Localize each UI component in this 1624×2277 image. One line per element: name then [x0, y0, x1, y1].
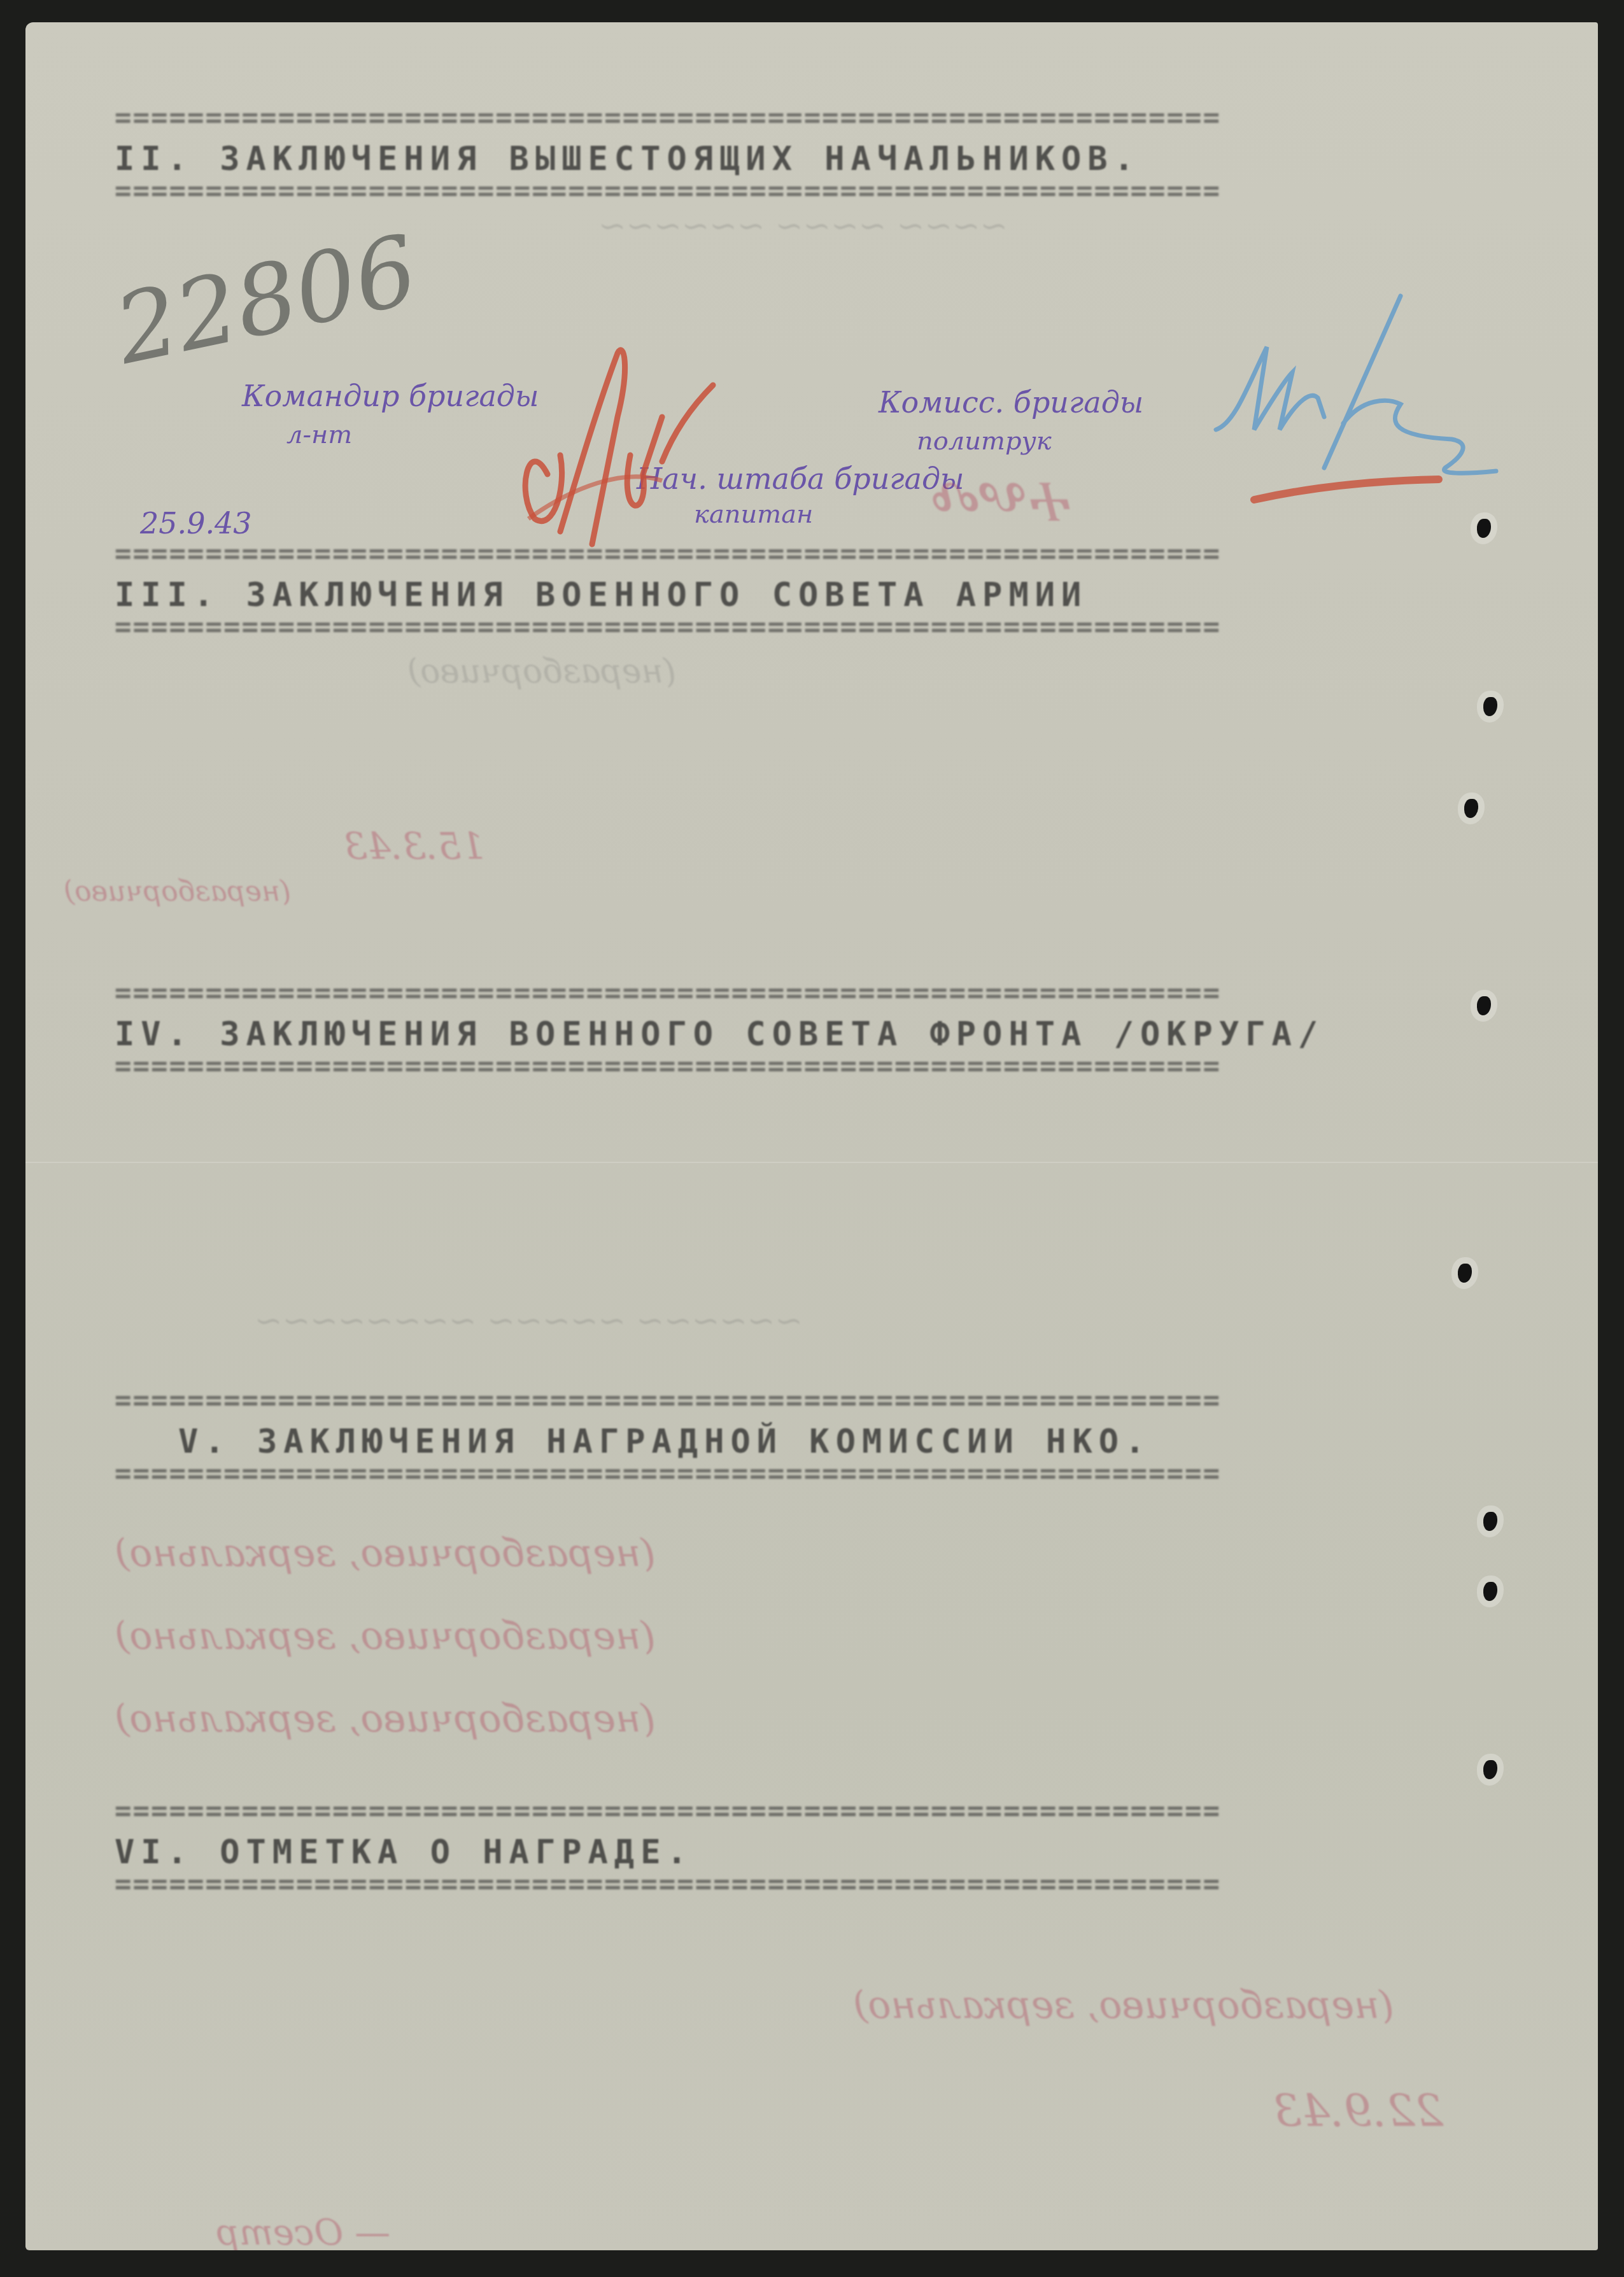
red-underline-icon [1248, 474, 1451, 506]
date-annotation: 25.9.43 [140, 506, 252, 540]
bleed-through-text: ~~~~~~ ~~~~~ ~~~~~~~~ [255, 1302, 803, 1340]
section-v-title: V. ЗАКЛЮЧЕНИЯ НАГРАДНОЙ КОМИССИИ НКО. [178, 1423, 1151, 1461]
section-vi-title: VI. ОТМЕТКА О НАГРАДЕ. [115, 1833, 693, 1872]
pencil-archive-number: 22806 [106, 215, 427, 386]
section-rule: ========================================… [115, 1801, 1515, 1821]
punch-hole [1483, 1512, 1497, 1531]
bleed-through-line: (неразборчиво, зеркально) [115, 1614, 656, 1658]
section-rule: ========================================… [115, 108, 1515, 127]
punch-hole [1477, 519, 1491, 538]
bleed-through-text: (неразборчиво) [407, 652, 676, 691]
section-rule: ========================================… [115, 1391, 1515, 1410]
section-rule: ========================================… [115, 544, 1515, 563]
punch-hole [1477, 996, 1491, 1015]
section-rule: ========================================… [115, 181, 1515, 201]
commissar-title: Комисс. бригады [879, 385, 1143, 419]
punch-hole [1483, 1582, 1497, 1601]
section-iv-title: IV. ЗАКЛЮЧЕНИЯ ВОЕННОГО СОВЕТА ФРОНТА /О… [115, 1015, 1324, 1054]
section-rule: ========================================… [115, 617, 1515, 637]
commander-rank: л-нт [286, 420, 352, 449]
punch-hole [1458, 1264, 1472, 1283]
bleed-through-signature: — Осетр [216, 2212, 390, 2250]
section-rule: ========================================… [115, 983, 1515, 1003]
bleed-through-margin-note: (неразборчиво) [64, 875, 291, 908]
punch-hole [1464, 799, 1478, 818]
section-rule: ========================================… [115, 1057, 1515, 1076]
bleed-through-text: (неразборчиво, зеркально) [853, 1983, 1394, 2027]
bleed-through-line: (неразборчиво, зеркально) [115, 1696, 656, 1741]
paper-fold [25, 1162, 1598, 1163]
bleed-through-date: 15.3.43 [344, 824, 484, 868]
commissar-rank: политрук [917, 426, 1052, 456]
punch-hole [1483, 1760, 1497, 1779]
bleed-through-date: 22.9.43 [1273, 2085, 1443, 2137]
bleed-through-line: (неразборчиво, зеркально) [115, 1531, 656, 1576]
punch-hole [1483, 697, 1497, 716]
red-signature-icon [471, 328, 789, 557]
section-rule: ========================================… [115, 1464, 1515, 1483]
section-rule: ========================================… [115, 1875, 1515, 1894]
bleed-through-stamp: ⰀⰂⰄ [936, 468, 1075, 535]
section-ii-title: II. ЗАКЛЮЧЕНИЯ ВЫШЕСТОЯЩИХ НАЧАЛЬНИКОВ. [115, 140, 1140, 178]
document-page: ========================================… [25, 22, 1598, 2250]
section-iii-title: III. ЗАКЛЮЧЕНИЯ ВОЕННОГО СОВЕТА АРМИИ [115, 576, 1087, 614]
bleed-through-text: ~~~~ ~~~~ ~~~~~~ [598, 207, 1008, 245]
